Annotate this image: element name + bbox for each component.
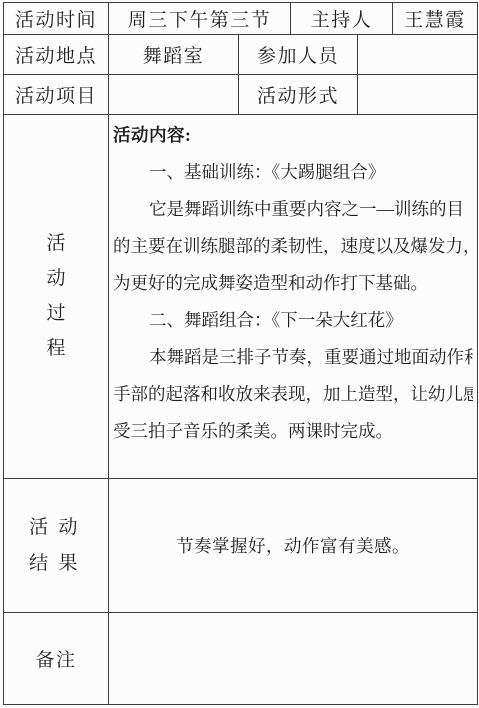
activity-place-value: 舞蹈室	[108, 34, 239, 75]
participants-label: 参加人员	[238, 34, 358, 75]
activity-format-value-empty	[357, 74, 478, 115]
activity-content-cell: 活动内容: 一、基础训练：《大踢腿组合》 它是舞蹈训练中重要内容之一—训练的目 …	[108, 114, 478, 479]
content-line: 的主要在训练腿部的柔韧性，速度以及爆发力，	[113, 228, 473, 265]
activity-result-text: 节奏掌握好，动作富有美感。	[176, 533, 410, 558]
remark-value-cell	[108, 612, 478, 705]
result-label-line: 结果	[24, 546, 88, 582]
activity-format-label: 活动形式	[238, 74, 358, 115]
content-line: 受三拍子音乐的柔美。两课时完成。	[113, 413, 473, 450]
activity-process-label: 活 动 过 程	[3, 114, 109, 479]
activity-place-label: 活动地点	[3, 34, 109, 75]
activity-project-label: 活动项目	[3, 74, 109, 115]
remark-label: 备注	[3, 612, 109, 705]
process-label-char: 过	[46, 304, 65, 324]
activity-record-document: 活动时间 周三下午第三节 主持人 王慧霞 活动地点 舞蹈室 参加人员 活动项目 …	[0, 0, 479, 708]
participants-value-empty	[357, 34, 478, 75]
activity-project-value-empty	[108, 74, 239, 115]
host-label: 主持人	[290, 2, 393, 35]
activity-time-value: 周三下午第三节	[108, 2, 291, 35]
result-label-line: 活动	[24, 510, 88, 546]
process-label-char: 活	[46, 234, 65, 254]
content-line: 本舞蹈是三排子节奏，重要通过地面动作和	[113, 339, 473, 376]
activity-time-label: 活动时间	[3, 2, 109, 35]
activity-content-title: 活动内容:	[113, 117, 473, 154]
host-value: 王慧霞	[392, 2, 478, 35]
content-line: 它是舞蹈训练中重要内容之一—训练的目	[113, 191, 473, 228]
process-label-char: 动	[46, 269, 65, 289]
process-label-char: 程	[46, 339, 65, 359]
content-line: 二、舞蹈组合：《下一朵大红花》	[113, 302, 473, 339]
activity-result-value-cell: 节奏掌握好，动作富有美感。	[108, 478, 478, 613]
content-line: 手部的起落和收放来表现，加上造型，让幼儿感	[113, 376, 473, 413]
content-line: 为更好的完成舞姿造型和动作打下基础。	[113, 265, 473, 302]
content-line: 一、基础训练：《大踢腿组合》	[113, 154, 473, 191]
activity-result-label: 活动 结果	[3, 478, 109, 613]
